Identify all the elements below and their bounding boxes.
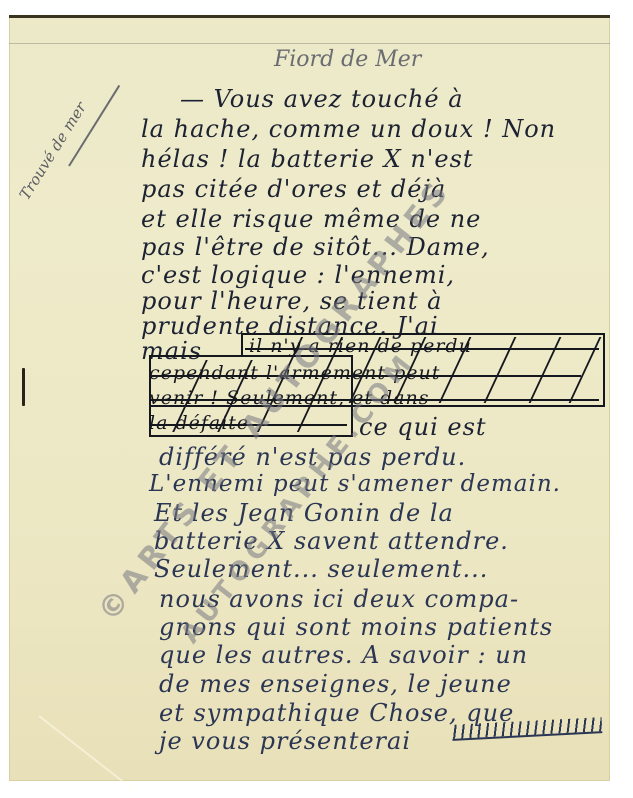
- strike-line: [149, 355, 243, 357]
- hatch-line: [569, 337, 602, 403]
- text-line: et sympathique Chose, que: [159, 699, 514, 727]
- text-line: de mes enseignes, le jeune: [159, 670, 512, 698]
- text-line: batterie X savent attendre.: [154, 527, 509, 555]
- strike-line: [151, 375, 581, 377]
- text-line: hélas ! la batterie X n'est: [141, 145, 474, 173]
- manuscript-page: Fiord de Mer Trouvé de mer — Vous avez t…: [9, 15, 610, 781]
- struck-text: il n'y a rien de perdu: [249, 335, 472, 357]
- hatch-line: [529, 337, 562, 403]
- text-line: pour l'heure, se tient à: [141, 287, 442, 315]
- text-line: je vous présenterai: [159, 727, 411, 755]
- text-line: pas citée d'ores et déjà: [141, 175, 446, 203]
- page-fold-line: [9, 43, 610, 44]
- text-line: mais: [141, 337, 202, 365]
- staple-mark: [22, 368, 25, 406]
- text-line: c'est logique : l'ennemi,: [141, 261, 455, 289]
- text-line: la hache, comme un doux ! Non: [141, 115, 556, 143]
- text-line: Seulement... seulement...: [154, 555, 488, 583]
- text-line: — Vous avez touché à: [180, 85, 464, 113]
- pencil-title: Fiord de Mer: [274, 47, 421, 72]
- text-line: pas l'être de sitôt... Dame,: [141, 233, 490, 261]
- paper-crease: [38, 715, 134, 790]
- hatch-line: [484, 337, 517, 403]
- text-line: que les autres. A savoir : un: [159, 641, 528, 669]
